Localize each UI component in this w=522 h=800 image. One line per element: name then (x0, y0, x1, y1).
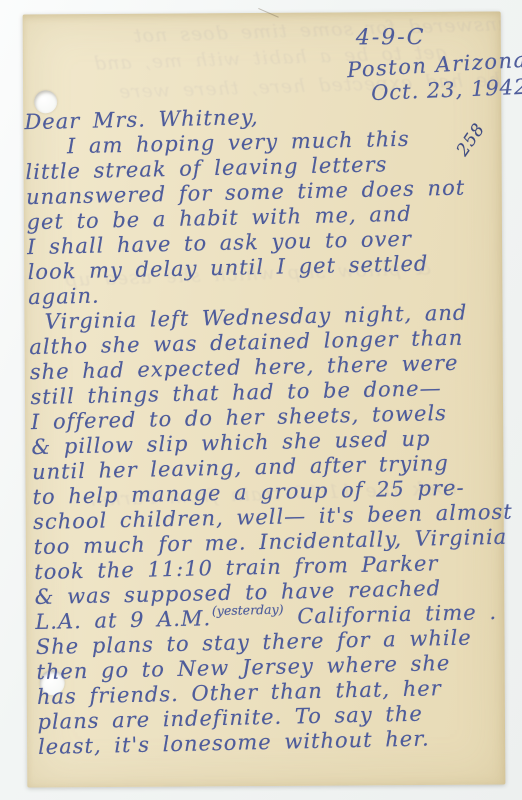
header-camp-address: 4-9-C (356, 25, 426, 50)
bleed-through-text: unanswered for some time does not (132, 12, 505, 47)
inserted-word-annotation: (yesterday) (212, 597, 284, 624)
letter-body: Dear Mrs. Whitney, I am hoping very much… (24, 100, 504, 760)
scan-background: unanswered for some time does notget to … (0, 0, 522, 800)
letter-page: unanswered for some time does notget to … (23, 12, 506, 788)
paper-crease (255, 8, 279, 26)
